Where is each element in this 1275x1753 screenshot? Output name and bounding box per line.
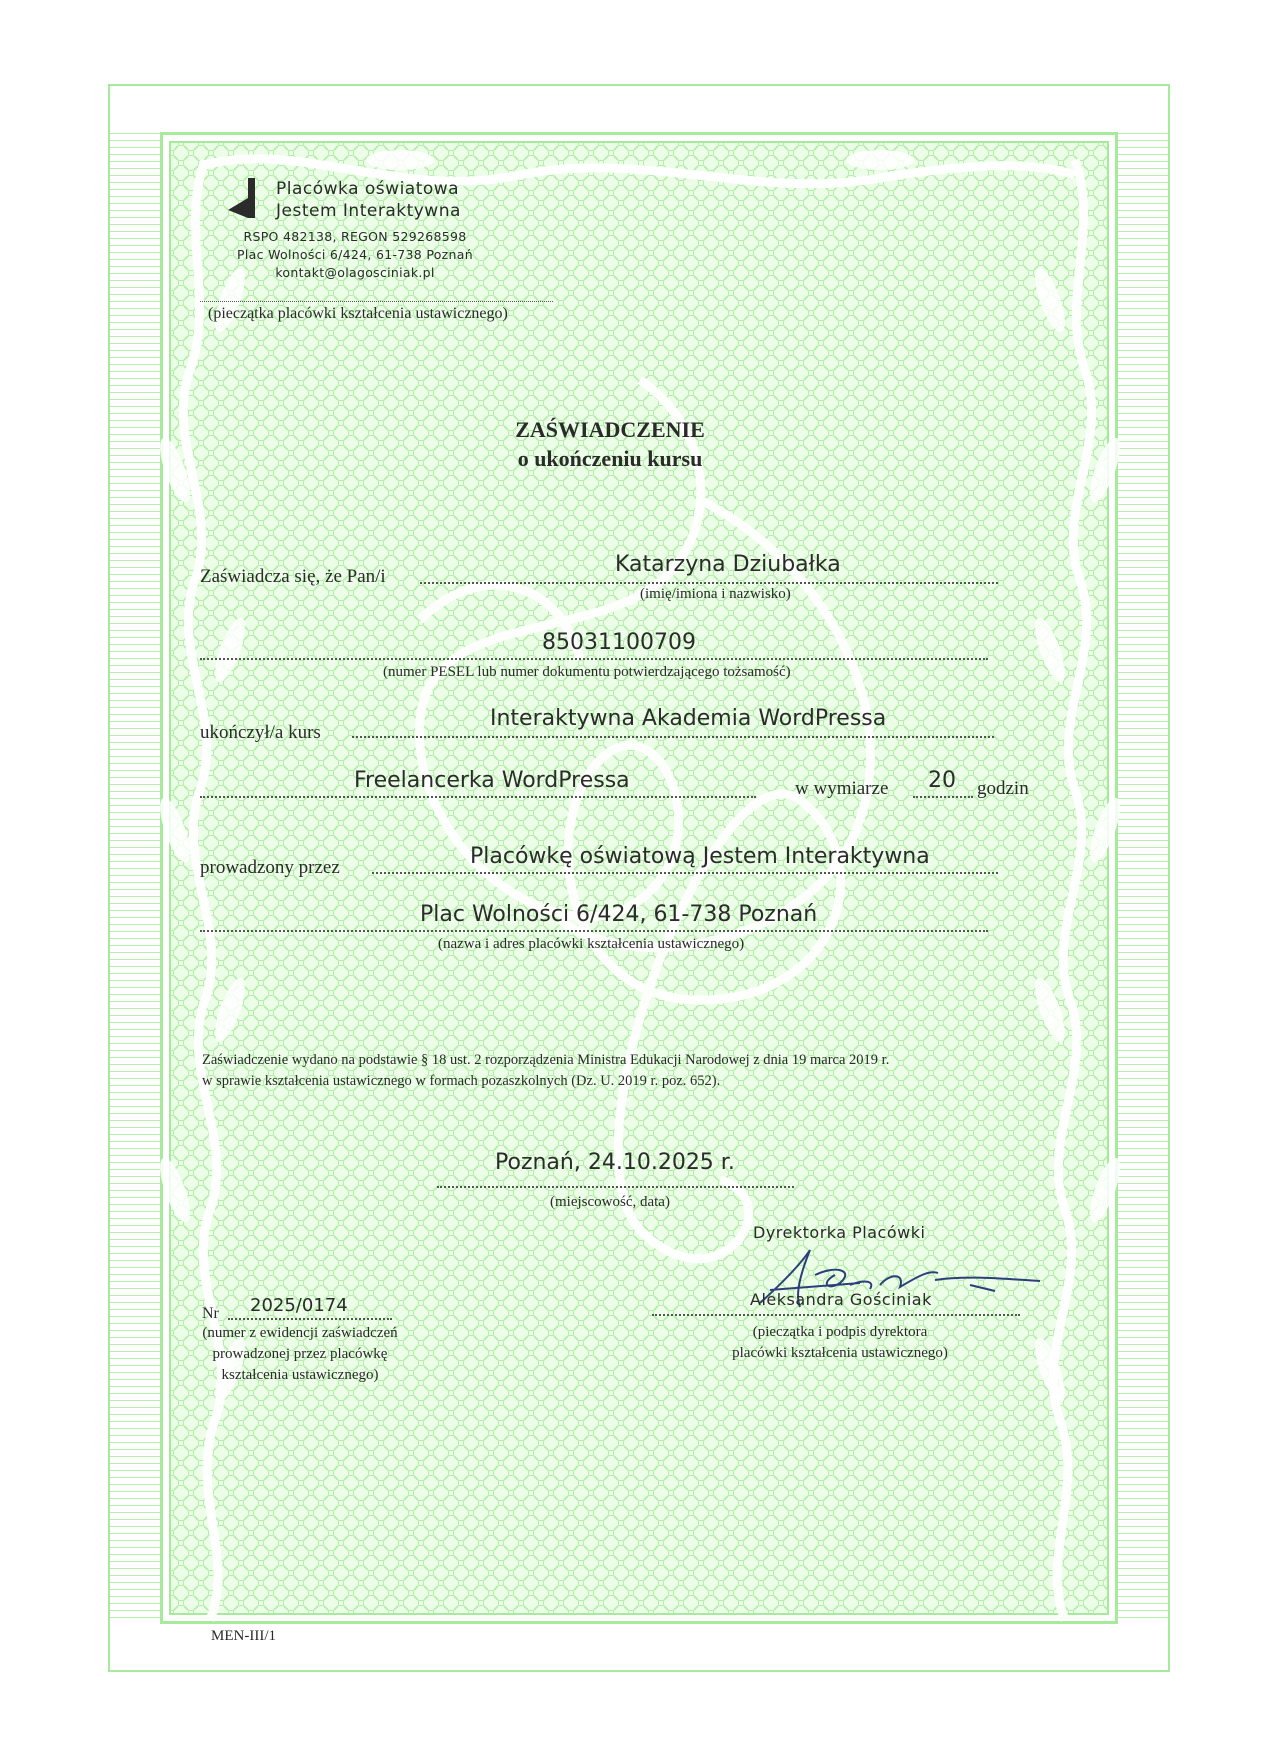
date-dotted-line bbox=[437, 1186, 794, 1188]
stamp-line-1: Placówka oświatowa bbox=[276, 178, 461, 200]
hours-unit: godzin bbox=[977, 778, 1029, 800]
person-name-value: Katarzyna Dziubałka bbox=[615, 552, 841, 577]
number-prefix: Nr bbox=[202, 1305, 219, 1323]
legal-line-1: Zaświadczenie wydano na podstawie § 18 u… bbox=[202, 1050, 889, 1071]
course-module-value: Freelancerka WordPressa bbox=[354, 768, 630, 793]
course-label: ukończył/a kurs bbox=[200, 722, 321, 744]
stamp-email: kontakt@olagosciniak.pl bbox=[210, 264, 500, 282]
document-title: ZAŚWIADCZENIE o ukończeniu kursu bbox=[400, 415, 820, 473]
person-label: Zaświadcza się, że Pan/i bbox=[200, 566, 386, 588]
hours-value: 20 bbox=[928, 768, 956, 793]
stamp-registry: RSPO 482138, REGON 529268598 bbox=[210, 228, 500, 246]
number-caption: (numer z ewidencji zaświadczeń prowadzon… bbox=[190, 1323, 410, 1386]
provider-address-value: Plac Wolności 6/424, 61-738 Poznań bbox=[420, 902, 817, 927]
provider-address-dotted-line bbox=[200, 930, 988, 932]
course-dotted-line bbox=[352, 736, 994, 738]
legal-basis: Zaświadczenie wydano na podstawie § 18 u… bbox=[202, 1050, 889, 1092]
stamp-dotted-line bbox=[200, 301, 553, 302]
course-name-value: Interaktywna Akademia WordPressa bbox=[490, 706, 886, 731]
provider-name-value: Placówkę oświatową Jestem Interaktywna bbox=[470, 844, 930, 869]
decorative-vine-ornament bbox=[0, 0, 1275, 1753]
certificate-number-value: 2025/0174 bbox=[250, 1295, 348, 1316]
stamp-details: RSPO 482138, REGON 529268598 Plac Wolnoś… bbox=[210, 228, 500, 282]
director-title: Dyrektorka Placówki bbox=[753, 1223, 925, 1242]
director-caption: (pieczątka i podpis dyrektora placówki k… bbox=[700, 1322, 980, 1364]
provider-label: prowadzony przez bbox=[200, 857, 340, 879]
provider-dotted-line bbox=[372, 872, 998, 874]
stamp-address: Plac Wolności 6/424, 61-738 Poznań bbox=[210, 246, 500, 264]
director-caption-line-2: placówki kształcenia ustawicznego) bbox=[700, 1343, 980, 1364]
id-caption: (numer PESEL lub numer dokumentu potwier… bbox=[383, 664, 791, 681]
ji-logo-icon bbox=[228, 178, 258, 218]
legal-line-2: w sprawie kształcenia ustawicznego w for… bbox=[202, 1071, 889, 1092]
title-sub: o ukończeniu kursu bbox=[400, 444, 820, 473]
person-dotted-line bbox=[420, 582, 998, 584]
hours-label: w wymiarze bbox=[795, 778, 888, 800]
id-dotted-line bbox=[200, 658, 988, 660]
place-date-value: Poznań, 24.10.2025 r. bbox=[495, 1150, 735, 1175]
hours-dotted-line bbox=[913, 796, 973, 798]
id-number-value: 85031100709 bbox=[542, 630, 696, 655]
person-caption: (imię/imiona i nazwisko) bbox=[640, 586, 791, 603]
stamp-caption: (pieczątka placówki kształcenia ustawicz… bbox=[208, 305, 508, 323]
director-name: Aleksandra Gościniak bbox=[750, 1290, 932, 1309]
number-caption-line-3: kształcenia ustawicznego) bbox=[190, 1365, 410, 1386]
number-caption-line-1: (numer z ewidencji zaświadczeń bbox=[190, 1323, 410, 1344]
number-dotted-line bbox=[228, 1318, 392, 1320]
signature-dotted-line bbox=[652, 1314, 1020, 1316]
module-dotted-line bbox=[200, 796, 756, 798]
stamp-line-2: Jestem Interaktywna bbox=[276, 200, 461, 222]
form-code: MEN-III/1 bbox=[211, 1628, 276, 1645]
stamp-institution-name: Placówka oświatowa Jestem Interaktywna bbox=[276, 178, 461, 222]
title-main: ZAŚWIADCZENIE bbox=[400, 415, 820, 444]
date-caption: (miejscowość, data) bbox=[550, 1194, 670, 1211]
director-caption-line-1: (pieczątka i podpis dyrektora bbox=[700, 1322, 980, 1343]
number-caption-line-2: prowadzonej przez placówkę bbox=[190, 1344, 410, 1365]
provider-caption: (nazwa i adres placówki kształcenia usta… bbox=[438, 936, 744, 953]
